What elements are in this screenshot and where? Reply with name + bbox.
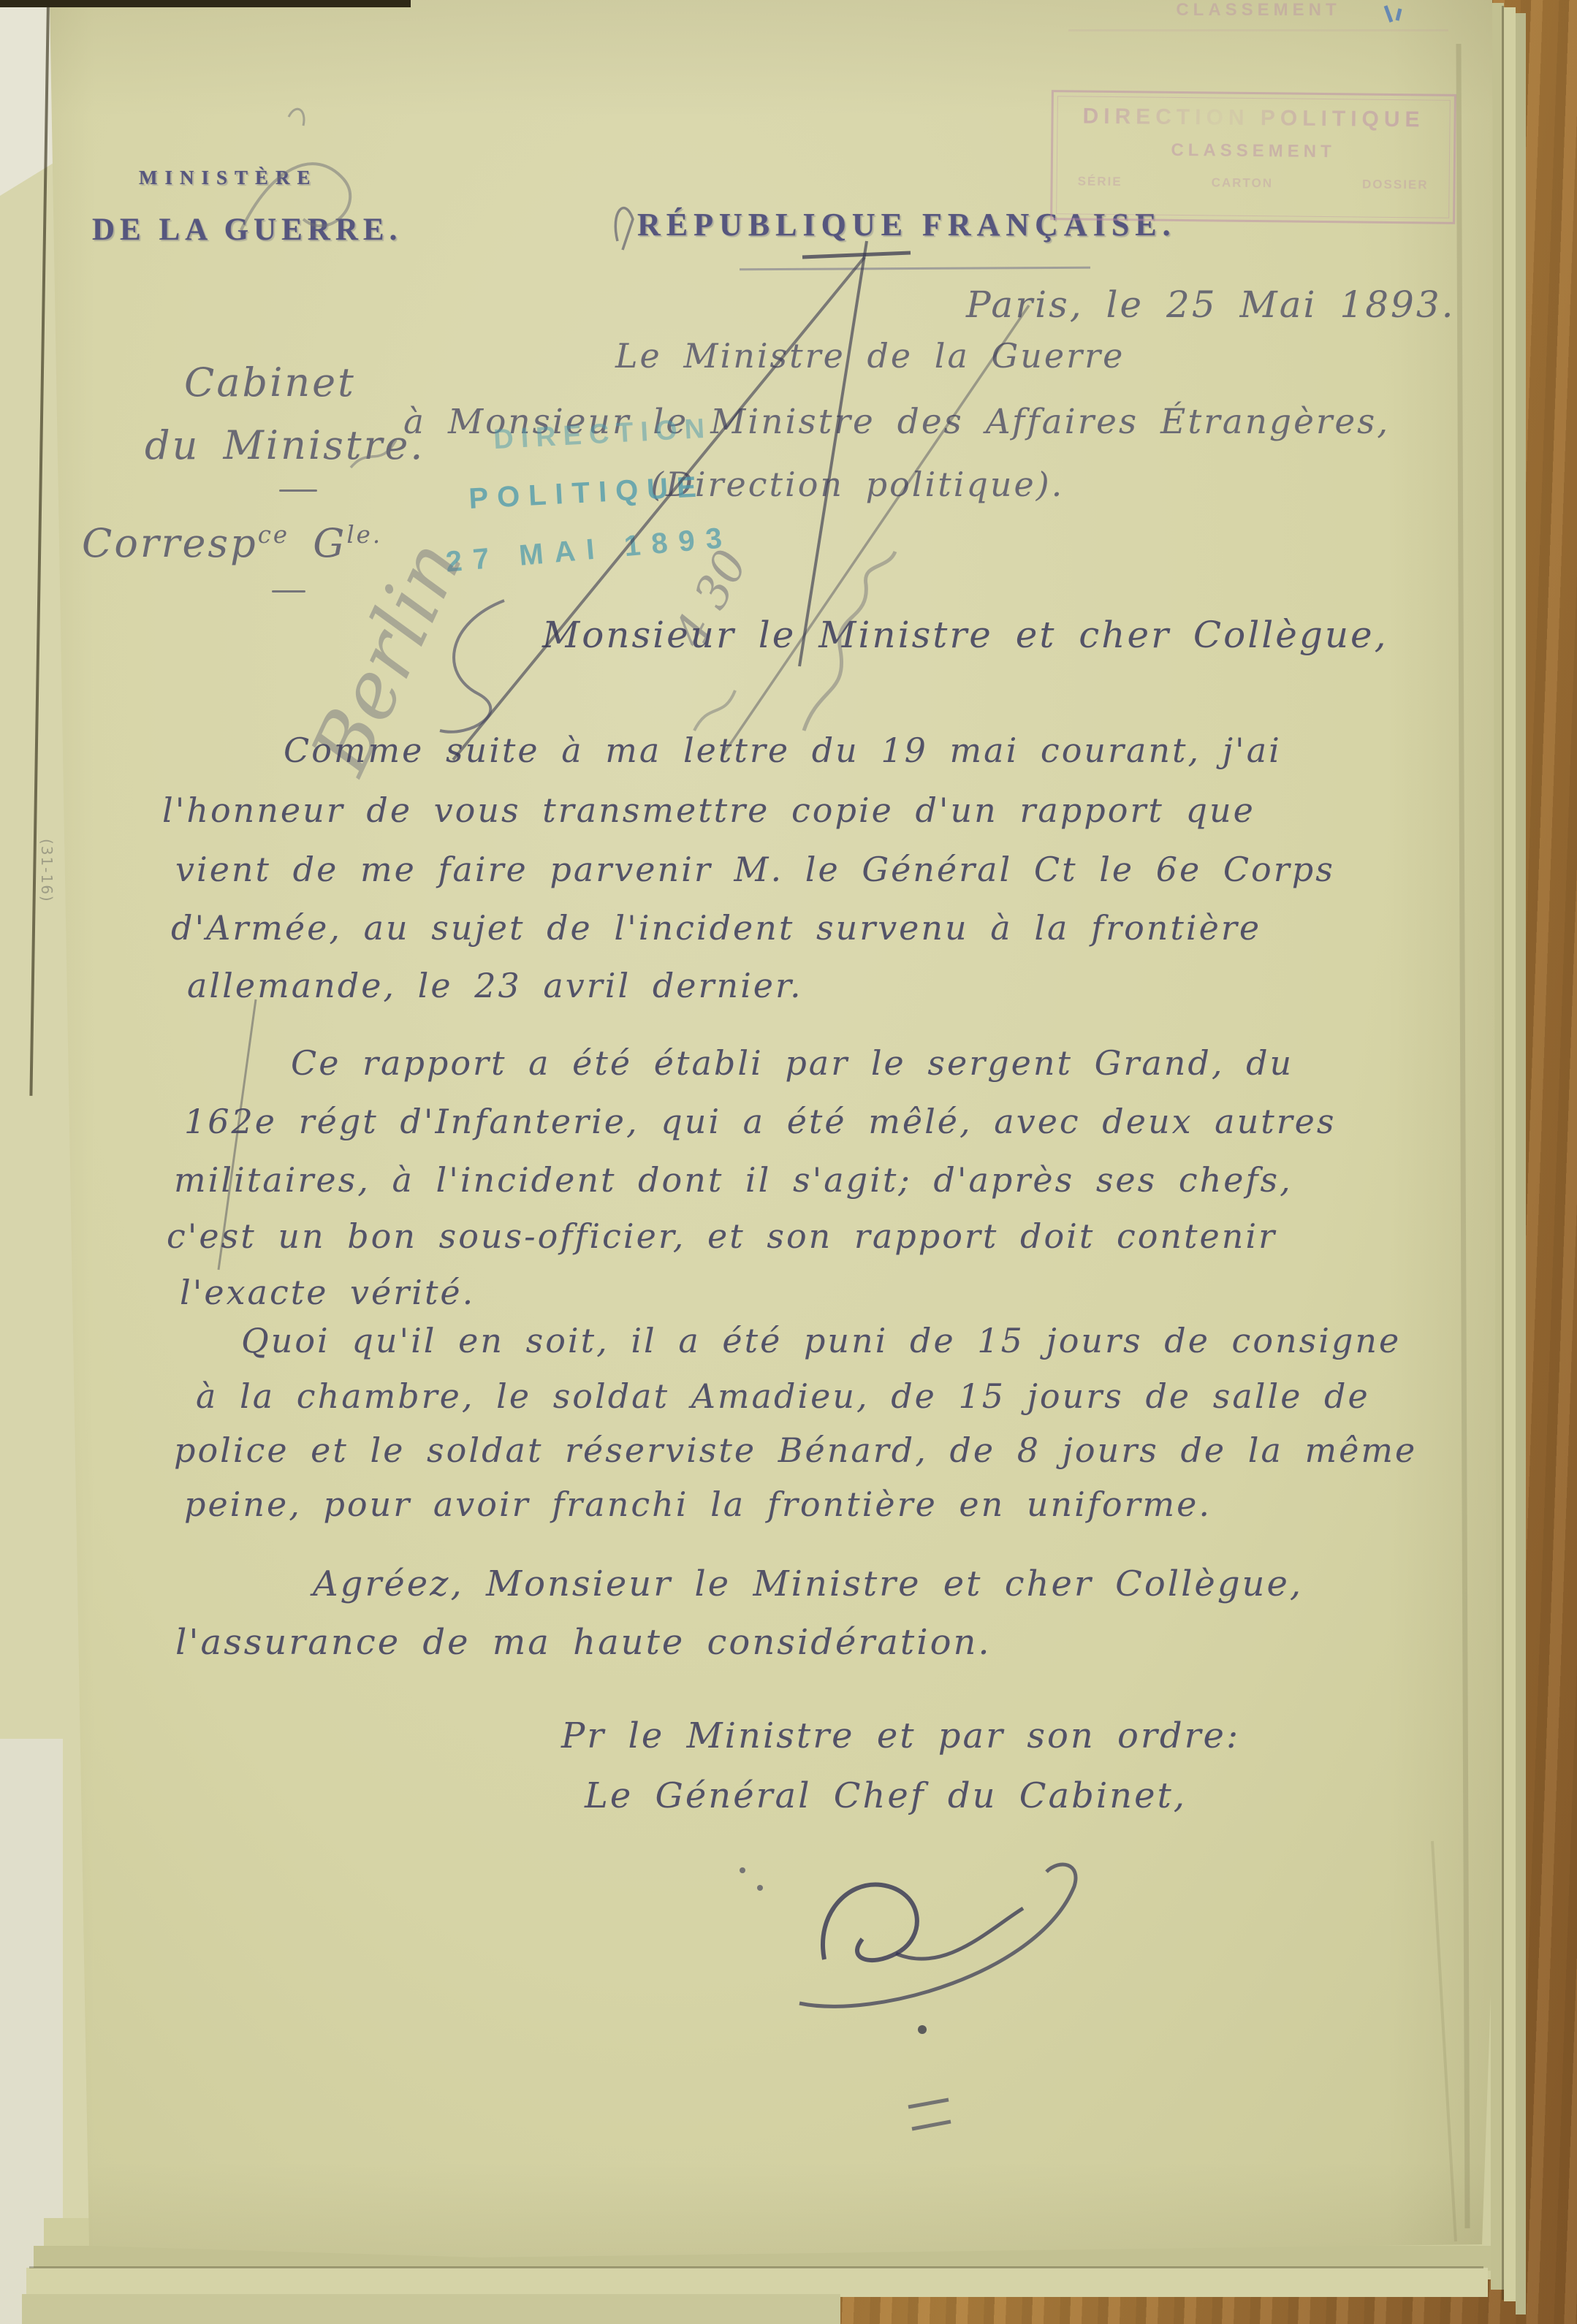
pencil-scrawl-short [694,690,735,731]
pencil-squiggle-topleft [241,164,350,230]
page-crease-right [1459,44,1467,2228]
signature-flourish [740,1864,1076,2006]
ink-brace-flourish [440,601,504,732]
margin-pencil-line [218,999,256,1270]
page-crease-corner [1432,1841,1456,2241]
pencil-diagonal-stroke [453,257,864,760]
ink-dash-mark-1 [908,2100,949,2107]
pencil-scrawl-diagonal [804,552,895,731]
document-photo: MINISTÈRE DE LA GUERRE. RÉPUBLIQUE FRANÇ… [0,0,1577,2324]
pencil-squiggle-mid [351,440,396,468]
pencil-vertical-stroke [799,241,867,666]
blue-tick-mark [1386,6,1400,22]
pencil-cross-bar [802,253,911,257]
pencil-squiggle-small [289,109,304,126]
ink-blot [918,2025,927,2034]
stroke-overlay [0,0,1577,2324]
ink-dash-mark-2 [912,2122,951,2129]
ink-flourish-small [615,208,633,250]
